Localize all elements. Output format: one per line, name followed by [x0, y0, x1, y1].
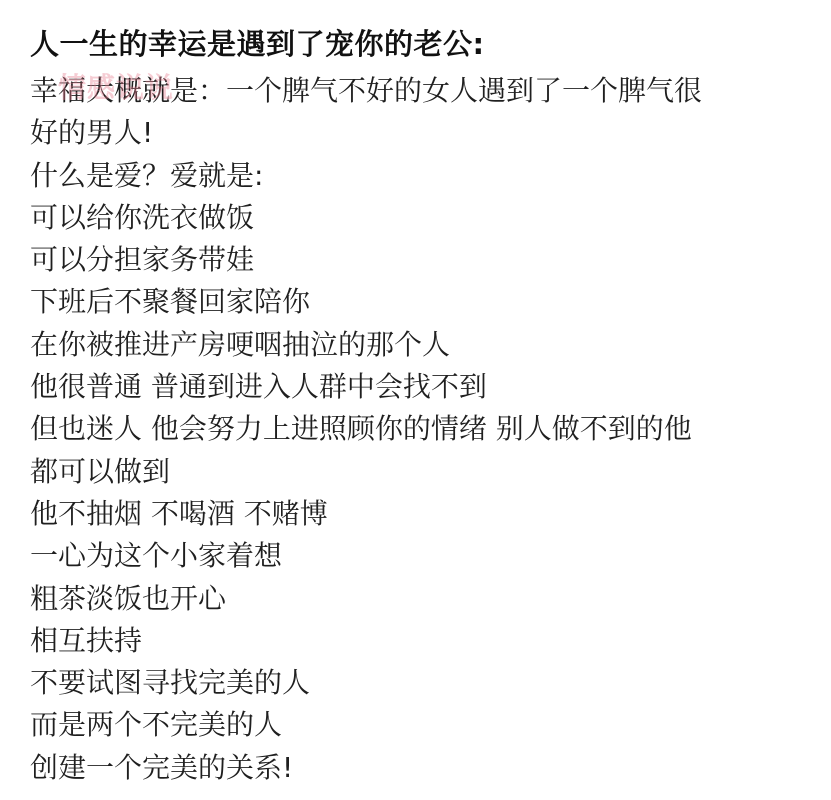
text-line: 可以分担家务带娃 [30, 239, 820, 281]
text-line: 可以给你洗衣做饭 [30, 197, 820, 239]
post-body: 幸福大概就是：一个脾气不好的女人遇到了一个脾气很 好的男人! 什么是爱？爱就是:… [30, 70, 820, 789]
text-line: 他很普通 普通到进入人群中会找不到 [30, 366, 820, 408]
text-line: 创建一个完美的关系! [30, 747, 820, 789]
text-line: 相互扶持 [30, 620, 820, 662]
text-line: 而是两个不完美的人 [30, 704, 820, 746]
text-line: 但也迷人 他会努力上进照顾你的情绪 别人做不到的他 [30, 408, 820, 450]
post-content: 人一生的幸运是遇到了宠你的老公: 幸福大概就是：一个脾气不好的女人遇到了一个脾气… [30, 24, 820, 789]
text-line: 在你被推进产房哽咽抽泣的那个人 [30, 324, 820, 366]
text-line: 下班后不聚餐回家陪你 [30, 281, 820, 323]
text-line: 粗茶淡饭也开心 [30, 578, 820, 620]
text-line: 都可以做到 [30, 451, 820, 493]
text-line: 幸福大概就是：一个脾气不好的女人遇到了一个脾气很 [30, 70, 820, 112]
text-line: 他不抽烟 不喝酒 不赌博 [30, 493, 820, 535]
text-line: 好的男人! [30, 112, 820, 154]
text-line: 一心为这个小家着想 [30, 535, 820, 577]
text-line: 什么是爱？爱就是: [30, 155, 820, 197]
post-title: 人一生的幸运是遇到了宠你的老公: [30, 24, 820, 70]
text-line: 不要试图寻找完美的人 [30, 662, 820, 704]
